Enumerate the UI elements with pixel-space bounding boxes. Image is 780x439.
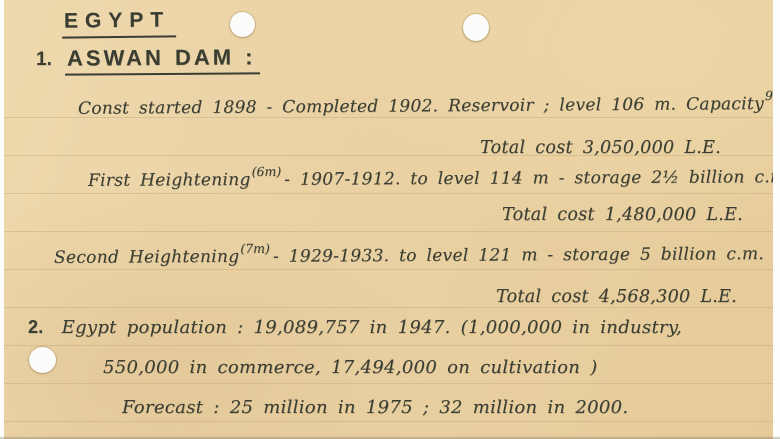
card-left-edge [0,0,4,439]
second-heightening-detail: - 1929-1933. to level 121 m - storage 5 … [273,244,764,267]
second-heightening-line: Second Heightening(7m)- 1929-1933. to le… [54,244,764,268]
page-title-text: EGYPT [62,8,176,38]
construction-text: Const started 1898 - Completed 1902. Res… [78,94,764,119]
first-heightening-line: First Heightening(6m)- 1907-1912. to lev… [88,167,780,191]
second-heightening-total-cost: Total cost 4,568,300 L.E. [496,287,737,307]
second-heightening-label: Second Heightening [54,247,239,268]
section-1-number: 1. [36,49,52,70]
population-text: Egypt population : 19,089,757 in 1947. (… [62,317,682,338]
population-breakdown-line: 550,000 in commerce, 17,494,000 on culti… [103,357,598,378]
first-heightening-note: (6m) [252,164,282,179]
punch-hole-top-right [463,14,489,41]
punch-hole-top-left [230,12,255,37]
section-1-heading-text: ASWAN DAM : [65,44,260,75]
page-title: EGYPT [62,9,176,38]
first-heightening-total-cost: Total cost 1,480,000 L.E. [502,205,743,225]
population-forecast-line: Forecast : 25 million in 1975 ; 32 milli… [122,397,628,418]
card-right-edge [773,0,780,439]
construction-line: Const started 1898 - Completed 1902. Res… [78,93,780,119]
punch-hole-left [29,347,56,373]
handwritten-note-card: EGYPT 1.ASWAN DAM : Const started 1898 -… [0,0,780,439]
construction-total-cost: Total cost 3,050,000 L.E. [480,138,721,158]
section-aswan-dam-title: 1.ASWAN DAM : [36,45,259,75]
second-heightening-note: (7m) [240,241,270,256]
ruled-lines [0,117,780,439]
first-heightening-label: First Heightening [88,170,251,191]
section-2-number: 2. [28,317,44,337]
population-line: 2.Egypt population : 19,089,757 in 1947.… [28,317,682,338]
first-heightening-detail: - 1907-1912. to level 114 m - storage 2½… [284,167,780,190]
